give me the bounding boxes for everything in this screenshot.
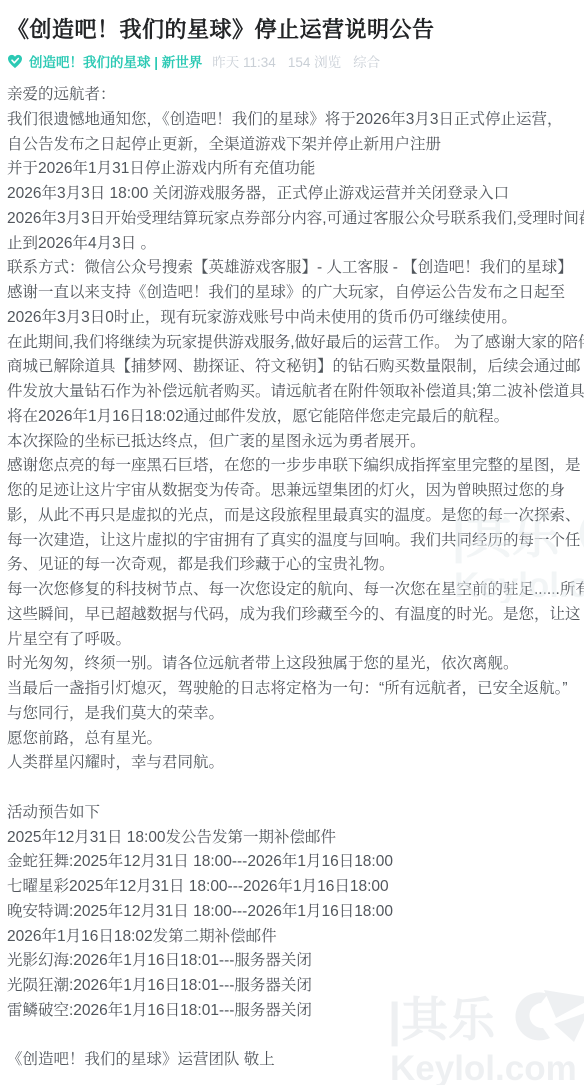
body-line: 时光匆匆，终须一别。请各位远航者带上这段独属于您的星光，依次离舰。 — [7, 652, 584, 677]
body-line: 自公告发布之日起停止更新，全渠道游戏下架并停止新用户注册 — [7, 133, 584, 158]
body-line: 与您同行，是我们莫大的荣幸。 — [7, 702, 584, 727]
body-line: 在此期间,我们将继续为玩家提供游戏服务,做好最后的运营工作。 为了感谢大家的陪伴… — [7, 331, 584, 356]
body-line: 这些瞬间，早已超越数据与代码，成为我们珍藏至今的、有温度的时光。是您，让这 — [7, 603, 584, 628]
heart-check-icon — [7, 54, 23, 69]
body-line: 止到2026年4月3日 。 — [7, 232, 584, 257]
post-body: 亲爱的远航者：我们很遗憾地通知您，《创造吧！我们的星球》将于2026年3月3日正… — [7, 83, 584, 1073]
body-line: 晚安特调:2025年12月31日 18:00---2026年1月16日18:00 — [7, 900, 584, 925]
body-line: 我们很遗憾地通知您，《创造吧！我们的星球》将于2026年3月3日正式停止运营， — [7, 108, 584, 133]
body-line: 联系方式：微信公众号搜索【英雄游戏客服】- 人工客服 - 【创造吧！我们的星球】 — [7, 256, 584, 281]
body-line: 愿您前路，总有星光。 — [7, 727, 584, 752]
post-timestamp: 昨天 11:34 — [212, 51, 276, 71]
body-line: 感谢您点亮的每一座黑石巨塔，在您的一步步串联下编织成指挥室里完整的星图，是 — [7, 454, 584, 479]
body-line: 片星空有了呼吸。 — [7, 628, 584, 653]
page-title: 《创造吧！我们的星球》停止运营说明公告 — [7, 13, 435, 44]
body-line: 光影幻海:2026年1月16日18:01---服务器关闭 — [7, 949, 584, 974]
body-line: 每一次建造，让这片虚拟的宇宙拥有了真实的温度与回响。我们共同经历的每一个任 — [7, 529, 584, 554]
announcement-page: 《创造吧！我们的星球》停止运营说明公告 创造吧！我们的星球 | 新世界 昨天 1… — [0, 0, 584, 1085]
post-meta-bar: 创造吧！我们的星球 | 新世界 昨天 11:34 154 浏览 综合 — [7, 51, 380, 71]
body-line: 人类群星闪耀时，幸与君同航。 — [7, 751, 584, 776]
body-line: 并于2026年1月31日停止游戏内所有充值功能 — [7, 157, 584, 182]
body-line: 当最后一盏指引灯熄灭，驾驶舱的日志将定格为一句：“所有远航者，已安全返航。” — [7, 677, 584, 702]
body-line: 金蛇狂舞:2025年12月31日 18:00---2026年1月16日18:00 — [7, 850, 584, 875]
body-line: 务、见证的每一次奇观，都是我们珍藏于心的宝贵礼物。 — [7, 553, 584, 578]
body-line: 2026年3月3日 18:00 关闭游戏服务器，正式停止游戏运营并关闭登录入口 — [7, 182, 584, 207]
body-line: 光陨狂潮:2026年1月16日18:01---服务器关闭 — [7, 974, 584, 999]
body-line: 2026年3月3日0时止，现有玩家游戏账号中尚未使用的货币仍可继续使用。 — [7, 306, 584, 331]
view-count: 154 浏览 — [288, 51, 341, 71]
body-line: 亲爱的远航者： — [7, 83, 584, 108]
body-line — [7, 1024, 584, 1049]
body-line: 件发放大量钻石作为补偿远航者购买。请远航者在附件领取补偿道具;第二波补偿道具 — [7, 380, 584, 405]
body-line: 影，从此不再只是虚拟的光点，而是这段旅程里最真实的温度。是您的每一次探索、 — [7, 504, 584, 529]
body-line: 每一次您修复的科技树节点、每一次您设定的航向、每一次您在星空前的驻足......… — [7, 578, 584, 603]
body-line: 将在2026年1月16日18:02通过邮件发放，愿它能陪伴您走完最后的航程。 — [7, 405, 584, 430]
body-line: 2026年1月16日18:02发第二期补偿邮件 — [7, 925, 584, 950]
body-line: 活动预告如下 — [7, 801, 584, 826]
body-line: 感谢一直以来支持《创造吧！我们的星球》的广大玩家，自停运公告发布之日起至 — [7, 281, 584, 306]
body-line: 您的足迹让这片宇宙从数据变为传奇。思兼远望集团的灯火，因为曾映照过您的身 — [7, 479, 584, 504]
body-line: 《创造吧！我们的星球》运营团队 敬上 — [7, 1048, 584, 1073]
body-line: 七曜星彩2025年12月31日 18:00---2026年1月16日18:00 — [7, 875, 584, 900]
body-line: 商城已解除道具【捕梦网、勘探证、符文秘钥】的钻石购买数量限制，后续会通过邮 — [7, 355, 584, 380]
body-line — [7, 776, 584, 801]
body-line: 2025年12月31日 18:00发公告发第一期补偿邮件 — [7, 826, 584, 851]
body-line: 本次探险的坐标已抵达终点，但广袤的星图永远为勇者展开。 — [7, 430, 584, 455]
body-line: 雷鳞破空:2026年1月16日18:01---服务器关闭 — [7, 999, 584, 1024]
category-label: 综合 — [353, 51, 380, 71]
body-line: 2026年3月3日开始受理结算玩家点券部分内容,可通过客服公众号联系我们,受理时… — [7, 207, 584, 232]
forum-breadcrumb-link[interactable]: 创造吧！我们的星球 | 新世界 — [29, 51, 202, 71]
